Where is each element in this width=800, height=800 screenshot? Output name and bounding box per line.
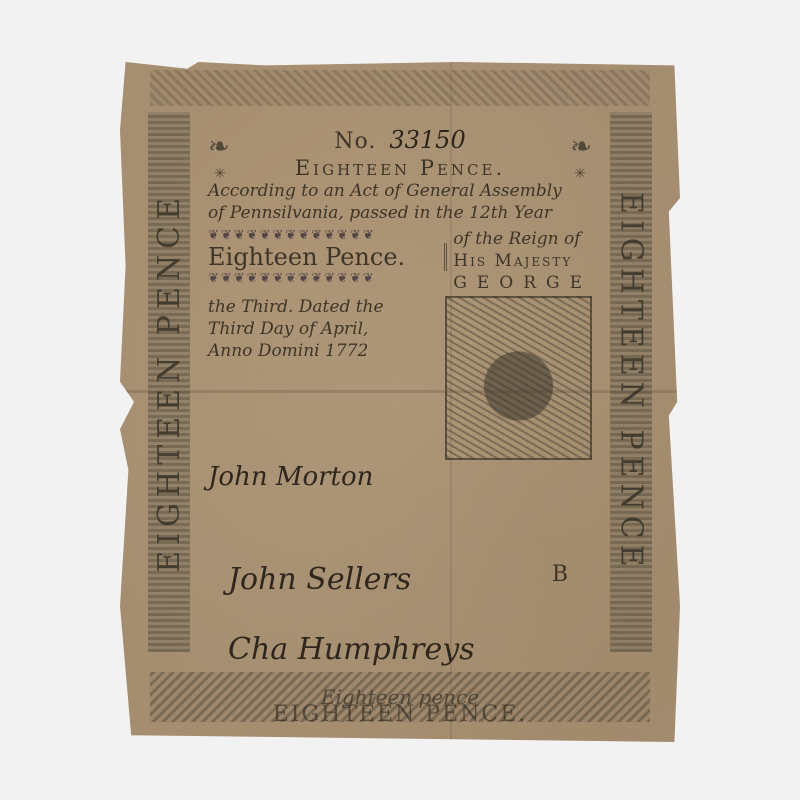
date-block: the Third. Dated the Third Day of April,… <box>208 296 592 460</box>
plate-letter: B <box>552 562 568 587</box>
star-icon: ✳ <box>214 166 226 182</box>
flourish-right-icon: ❧ <box>570 132 592 162</box>
flourish-left-icon: ❧ <box>208 132 230 162</box>
denomination-panel: ❦❦❦❦❦❦❦❦❦❦❦❦❦ Eighteen Pence. ❦❦❦❦❦❦❦❦❦❦… <box>208 228 447 294</box>
signature-2: John Sellers <box>228 562 411 597</box>
serial-row: No. 33150 <box>208 126 592 154</box>
coat-of-arms-icon <box>445 296 592 460</box>
reign-line-3: GEORGE <box>453 272 592 294</box>
signature-3: Cha Humphreys <box>228 632 475 667</box>
date-text: the Third. Dated the Third Day of April,… <box>208 296 437 460</box>
bottom-border-text: Eighteen pence <box>321 685 479 709</box>
left-ornamental-border: EIGHTEEN PENCE <box>148 112 190 652</box>
note-body: ❧ ❧ No. 33150 ✳ ✳ Eighteen Pence. Accord… <box>208 122 592 460</box>
reign-line-2: His Majesty <box>453 250 592 272</box>
act-text-line-1: According to an Act of General Assembly <box>208 180 592 202</box>
top-ornamental-border <box>150 70 650 106</box>
act-text-line-2: of Pennsilvania, passed in the 12th Year <box>208 202 592 224</box>
date-line-2: Third Day of April, <box>208 318 437 340</box>
bottom-ornamental-border: Eighteen pence <box>150 672 650 722</box>
reign-text: of the Reign of His Majesty GEORGE <box>447 228 592 294</box>
left-border-text: EIGHTEEN PENCE <box>152 192 187 573</box>
right-border-text: EIGHTEEN PENCE <box>614 192 649 573</box>
colonial-banknote: EIGHTEEN PENCE EIGHTEEN PENCE ❧ ❧ No. 33… <box>120 62 680 742</box>
vine-ornament-top: ❦❦❦❦❦❦❦❦❦❦❦❦❦ <box>208 228 447 243</box>
denomination-large: Eighteen Pence. <box>208 243 447 271</box>
star-icon: ✳ <box>574 166 586 182</box>
serial-number: 33150 <box>389 126 465 154</box>
denomination-title: Eighteen Pence. <box>208 156 592 180</box>
reign-line-1: of the Reign of <box>453 228 592 250</box>
date-line-3: Anno Domini 1772 <box>208 340 437 362</box>
right-ornamental-border: EIGHTEEN PENCE <box>610 112 652 652</box>
middle-block: ❦❦❦❦❦❦❦❦❦❦❦❦❦ Eighteen Pence. ❦❦❦❦❦❦❦❦❦❦… <box>208 228 592 294</box>
vine-ornament-bottom: ❦❦❦❦❦❦❦❦❦❦❦❦❦ <box>208 271 447 286</box>
date-line-1: the Third. Dated the <box>208 296 437 318</box>
serial-prefix: No. <box>334 129 376 154</box>
signature-1: John Morton <box>208 462 373 492</box>
